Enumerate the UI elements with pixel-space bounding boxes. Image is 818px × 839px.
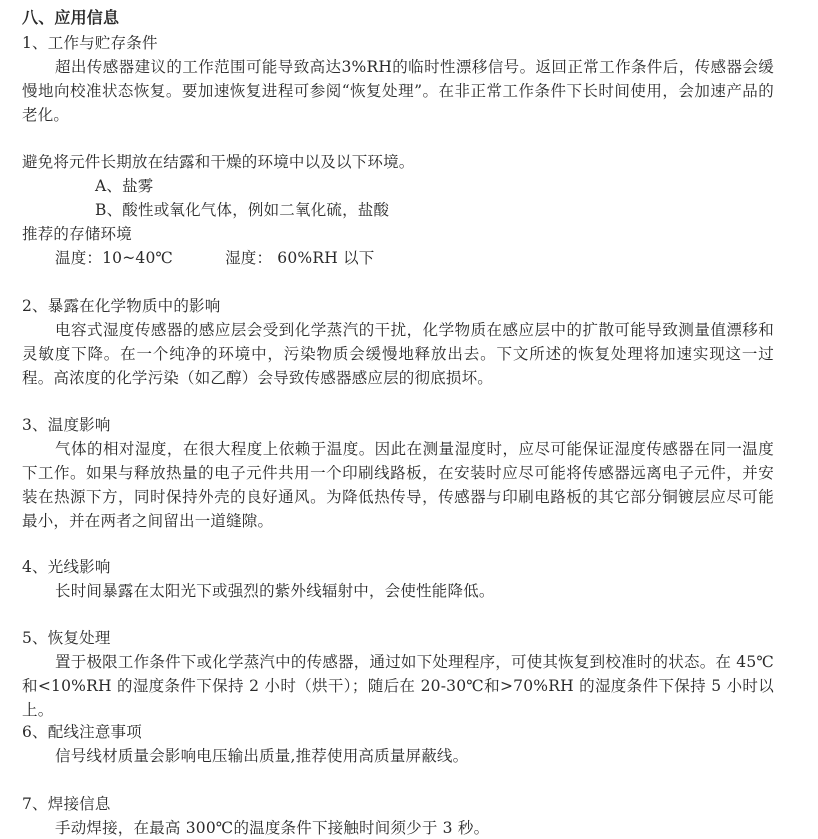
storage-heading: 推荐的存储环境 (22, 224, 132, 244)
paragraph-light-effect: 长时间暴露在太阳光下或强烈的紫外线辐射中，会使性能降低。 (22, 579, 774, 603)
paragraph-soldering: 手动焊接，在最高 300℃的温度条件下接触时间须少于 3 秒。 (22, 816, 774, 839)
paragraph-recovery: 置于极限工作条件下或化学蒸汽中的传感器，通过如下处理程序，可使其恢复到校准时的状… (22, 650, 774, 722)
paragraph-chemical-exposure: 电容式湿度传感器的感应层会受到化学蒸汽的干扰，化学物质在感应层中的扩散可能导致测… (22, 318, 774, 390)
section-title: 八、应用信息 (22, 8, 119, 28)
avoid-item-b: B、酸性或氧化气体，例如二氧化硫，盐酸 (95, 200, 389, 220)
avoid-item-a: A、盐雾 (95, 176, 154, 196)
paragraph-temperature-effect: 气体的相对湿度，在很大程度上依赖于温度。因此在测量湿度时，应尽可能保证湿度传感器… (22, 437, 774, 533)
heading-soldering: 7、焊接信息 (22, 794, 111, 814)
avoid-intro: 避免将元件长期放在结露和干燥的环境中以及以下环境。 (22, 152, 415, 172)
heading-working-storage: 1、工作与贮存条件 (22, 33, 158, 53)
storage-values: 温度：10~40℃湿度： 60%RH 以下 (55, 248, 374, 268)
heading-temperature-effect: 3、温度影响 (22, 415, 111, 435)
paragraph-working-storage: 超出传感器建议的工作范围可能导致高达3%RH的临时性漂移信号。返回正常工作条件后… (22, 55, 774, 127)
paragraph-wiring: 信号线材质量会影响电压输出质量,推荐使用高质量屏蔽线。 (22, 744, 774, 768)
heading-wiring: 6、配线注意事项 (22, 722, 142, 742)
heading-recovery: 5、恢复处理 (22, 628, 111, 648)
heading-chemical-exposure: 2、暴露在化学物质中的影响 (22, 296, 220, 316)
storage-temperature: 温度：10~40℃ (55, 249, 173, 267)
storage-humidity: 湿度： 60%RH 以下 (225, 249, 374, 267)
heading-light-effect: 4、光线影响 (22, 557, 111, 577)
document-page: 八、应用信息 1、工作与贮存条件 超出传感器建议的工作范围可能导致高达3%RH的… (0, 0, 818, 839)
